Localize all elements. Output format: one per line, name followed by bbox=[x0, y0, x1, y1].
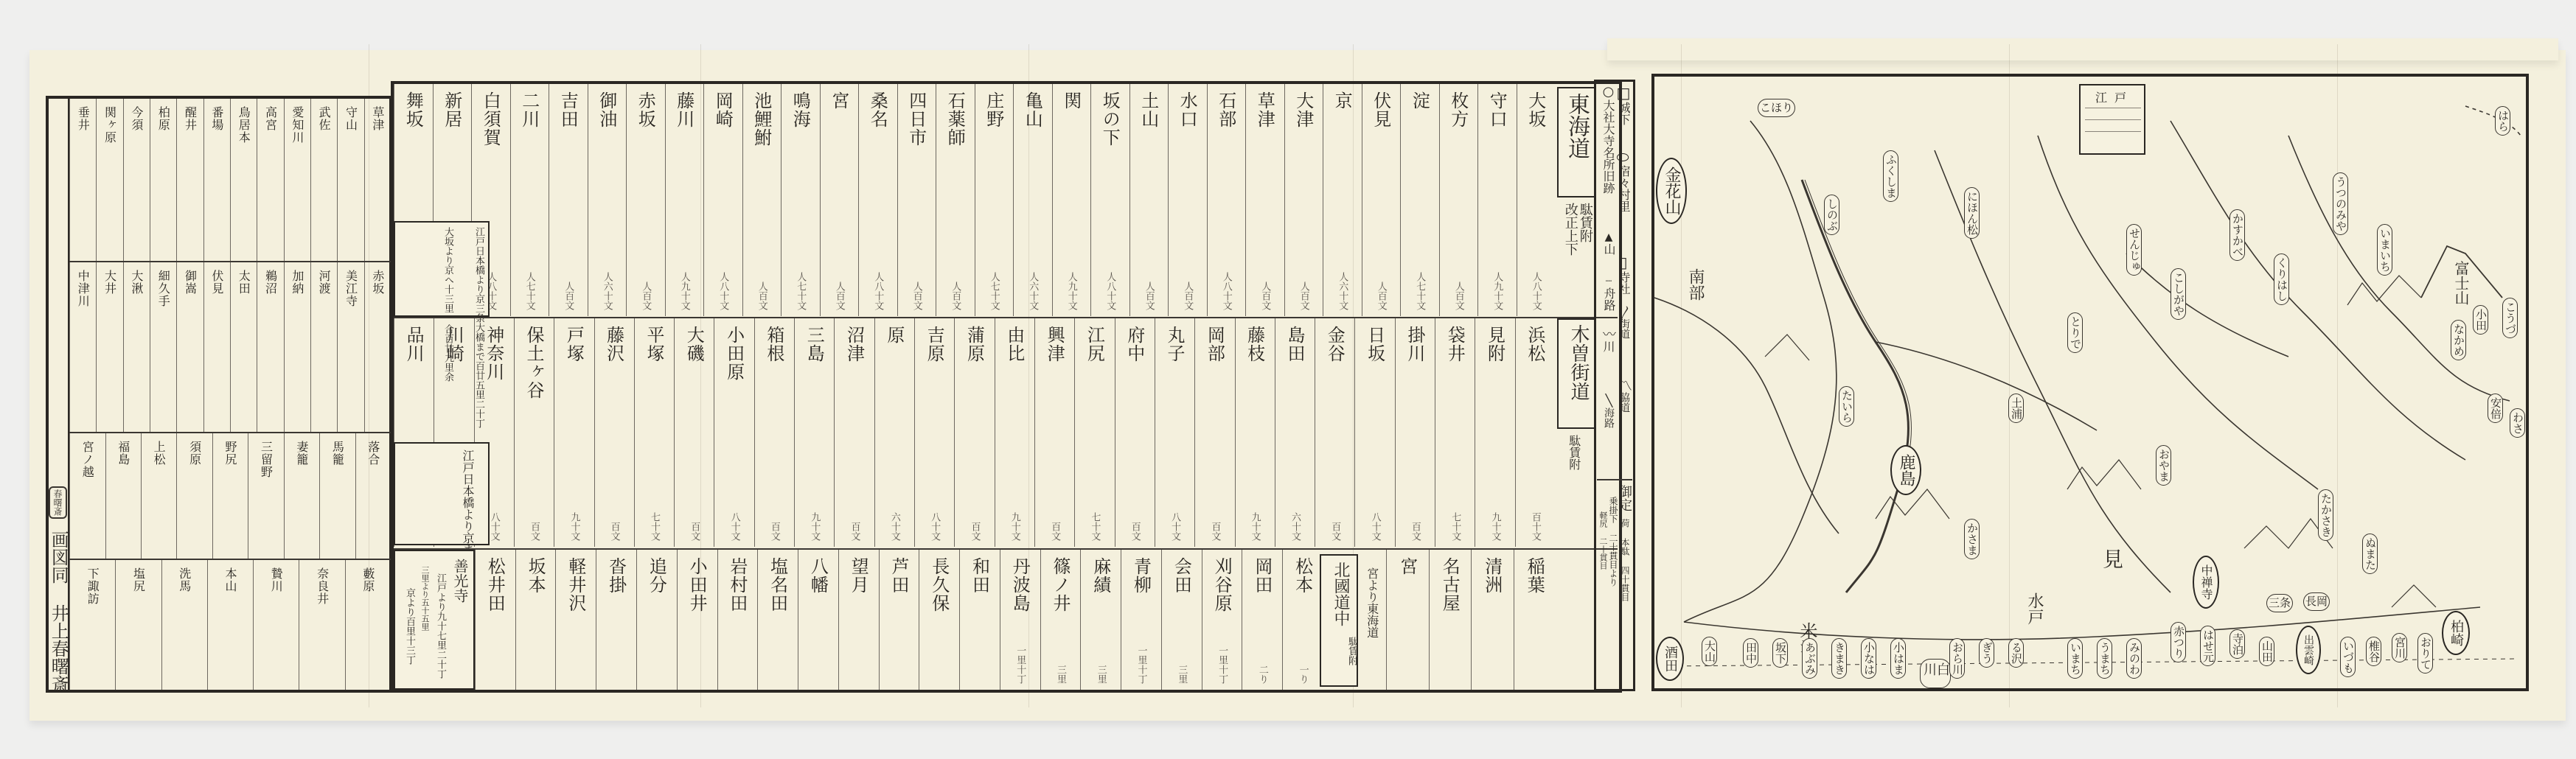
zenkoji-line: 京より百里十三丁 bbox=[404, 588, 414, 665]
zenkoji-line: 三里より五十五里 bbox=[420, 566, 429, 631]
fee-text: 八十文 bbox=[1371, 512, 1380, 541]
legend-item: 〳街道 bbox=[1617, 305, 1631, 339]
map-place-tsuchiura: 土浦 bbox=[2008, 394, 2024, 423]
fee-text: 人七十文 bbox=[989, 272, 999, 310]
station-name: 守口 bbox=[1484, 91, 1510, 128]
map-station: たいら bbox=[1839, 386, 1854, 427]
station-name: 金谷 bbox=[1322, 326, 1348, 363]
station-name: 水口 bbox=[1174, 91, 1200, 128]
post-station-symbol-icon: ⬭ bbox=[1615, 150, 1632, 165]
station-name: 藪原 bbox=[360, 567, 377, 592]
station-name: 丸子 bbox=[1162, 326, 1188, 363]
station-name: 武佐 bbox=[316, 106, 333, 131]
fee-text: 百文 bbox=[1130, 522, 1140, 541]
station-name: 八幡 bbox=[805, 557, 831, 594]
regulation-line: 荷 本駄 四十貫目 bbox=[1620, 519, 1629, 601]
regulation-title: 御定 bbox=[1617, 485, 1631, 511]
fee-text: 百文 bbox=[689, 522, 699, 541]
station-name: 品川 bbox=[401, 326, 427, 363]
tokaido-title: 東海道 bbox=[1565, 93, 1589, 159]
map-station: いまち bbox=[2067, 638, 2083, 679]
fee-text: 百文 bbox=[1330, 522, 1340, 541]
regulation-line: 乗掛下 二十貫目より bbox=[1608, 497, 1618, 587]
map-station: こしがや bbox=[2171, 268, 2186, 320]
station-name: 番場 bbox=[209, 106, 226, 131]
station-name: 大坂 bbox=[1523, 91, 1549, 128]
map-station: こうづ bbox=[2502, 298, 2518, 338]
kisokaido-middle-row: 浜松百十文 見附九十文 袋井七十文 掛川百文 日坂八十文 金谷百文 島田六十文 … bbox=[394, 318, 1555, 547]
fee-text: 六十文 bbox=[1290, 512, 1300, 541]
map-station: こほり bbox=[1758, 99, 1795, 117]
station-name: 関 bbox=[1059, 91, 1085, 110]
station-name: 日坂 bbox=[1362, 326, 1388, 363]
legend-label: 宿々村里 bbox=[1617, 165, 1631, 212]
legend-item: 〰川 bbox=[1601, 327, 1615, 352]
station-name: 吉田 bbox=[555, 91, 581, 128]
temple-symbol-icon: ▯ bbox=[1615, 253, 1632, 271]
boat-route-icon: ┈ bbox=[1603, 276, 1615, 287]
fee-text: 人九十文 bbox=[1067, 272, 1076, 310]
fee-text: 人八十文 bbox=[1222, 272, 1231, 310]
station-name: 河渡 bbox=[316, 270, 333, 295]
fee-text: 八十文 bbox=[930, 512, 939, 541]
kisokaido-title: 木曽街道 bbox=[1568, 324, 1588, 401]
map-station: はら bbox=[2495, 106, 2510, 136]
station-name: 加納 bbox=[289, 270, 306, 295]
publisher-seal: 春曙斎 bbox=[49, 486, 67, 519]
map-station: 坂下 bbox=[1772, 638, 1788, 668]
legend-label: 舟路 bbox=[1602, 287, 1616, 311]
map-station: 椎谷 bbox=[2366, 637, 2381, 666]
station-name: 追分 bbox=[644, 557, 669, 594]
station-name: 坂の下 bbox=[1097, 91, 1123, 147]
station-name: 赤坂 bbox=[369, 270, 386, 295]
station-name: 由比 bbox=[1002, 326, 1028, 363]
fee-text: 人七十文 bbox=[525, 272, 535, 310]
station-name: 望月 bbox=[846, 557, 871, 594]
map-station: せんじゅ bbox=[2126, 224, 2142, 276]
zenkoji-row: 松本一り 岡田二り 刈谷原一里十丁 会田三里 青柳一里十丁 麻績三里 篠ノ井三里… bbox=[475, 550, 1323, 690]
station-name: 伏見 bbox=[209, 270, 226, 295]
station-name: 松井田 bbox=[482, 557, 508, 612]
station-name: 興津 bbox=[1042, 326, 1068, 363]
map-place-kashiwazaki: 柏崎 bbox=[2442, 611, 2470, 655]
fee-text: 人七十文 bbox=[796, 272, 805, 310]
fee-text: 百文 bbox=[529, 522, 539, 541]
station-name: 大津 bbox=[1291, 91, 1317, 128]
station-name: 桑名 bbox=[865, 91, 891, 128]
station-name: 高宮 bbox=[262, 106, 279, 131]
fee-text: 九十文 bbox=[1250, 512, 1260, 541]
distance-text: 三里 bbox=[1177, 665, 1186, 684]
legend-label: 脇道 bbox=[1618, 392, 1630, 413]
station-name: 保土ヶ谷 bbox=[521, 326, 547, 399]
kiso-distance-note-box: 江戸日本橋より京まで百三十五里三十四丁 bbox=[394, 442, 490, 545]
castle-symbol-icon: □ bbox=[1615, 84, 1632, 102]
station-name: 鳴海 bbox=[787, 91, 813, 128]
station-name: 島田 bbox=[1282, 326, 1308, 363]
fee-text: 百十文 bbox=[1531, 512, 1540, 541]
station-name: 二川 bbox=[517, 91, 543, 128]
fee-text: 百文 bbox=[1210, 522, 1219, 541]
station-name: 青柳 bbox=[1129, 557, 1155, 594]
fee-text: 人七十文 bbox=[1415, 272, 1424, 310]
edo-distance-note-box: 江戸日本橋より京三条大橋まで百廿五里二十丁 大坂より京へ十三里 合百廿九里余 bbox=[394, 221, 490, 317]
fee-text: 人百文 bbox=[1454, 281, 1463, 310]
station-name: 芦田 bbox=[886, 557, 912, 594]
fee-text: 百文 bbox=[770, 522, 779, 541]
zenkoji-note-box: 善光寺 江戸より九十七里二十丁 三里より五十五里 京より百里十三丁 bbox=[394, 550, 475, 690]
map-station: 宮川 bbox=[2392, 633, 2407, 662]
station-name: 箱根 bbox=[762, 326, 787, 363]
left-table-mid: 赤坂 美江寺 河渡 加納 鵜沼 太田 伏見 御嵩 細久手 大湫 大井 中津川 bbox=[69, 262, 391, 432]
station-name: 福島 bbox=[115, 441, 132, 466]
map-station: しのぶ bbox=[1824, 195, 1839, 235]
fee-text: 人百文 bbox=[1260, 281, 1270, 310]
station-name: 稲葉 bbox=[1522, 557, 1548, 594]
map-station: いまいち bbox=[2377, 224, 2392, 276]
map-station: おら川 bbox=[1949, 638, 1965, 679]
tokaido-title-box: 東海道 bbox=[1557, 87, 1595, 197]
distance-text: 一里十丁 bbox=[1217, 646, 1227, 684]
legend-label: 街道 bbox=[1618, 318, 1630, 339]
map-station: はせ元 bbox=[2200, 626, 2215, 666]
station-name: 大湫 bbox=[128, 270, 145, 295]
distance-text: 一里十丁 bbox=[1137, 646, 1146, 684]
station-name: 坂本 bbox=[523, 557, 549, 594]
map-place-oyama: 大山 bbox=[1702, 637, 1717, 666]
station-name: 京 bbox=[1329, 91, 1355, 110]
map-station: 出雲崎 bbox=[2296, 626, 2321, 674]
legend-item: ┈舟路 bbox=[1602, 276, 1615, 311]
station-name: 中津川 bbox=[74, 270, 91, 307]
edo-inset-title: 江戸 bbox=[2095, 88, 2134, 105]
tokaido-subtitle: 駄賃附 bbox=[1578, 203, 1592, 242]
fee-text: 八十文 bbox=[730, 512, 739, 541]
map-station: 小なは bbox=[1861, 638, 1876, 679]
station-name: 細久手 bbox=[155, 270, 172, 307]
map-station: なかめ bbox=[2451, 320, 2466, 360]
fee-text: 人九十文 bbox=[680, 272, 689, 310]
station-name: 馬籠 bbox=[329, 441, 346, 466]
station-name: 袋井 bbox=[1442, 326, 1468, 363]
legend-item: ⬭宿々村里 bbox=[1615, 150, 1631, 212]
station-name: 丹波島 bbox=[1007, 557, 1033, 612]
station-name: 清洲 bbox=[1480, 557, 1505, 594]
distance-text: 二り bbox=[1258, 665, 1267, 684]
station-name: 美江寺 bbox=[343, 270, 360, 307]
divider bbox=[2085, 108, 2141, 108]
map-station: ふくしま bbox=[1883, 150, 1898, 202]
regulation-block: 御定 荷 本駄 四十貫目 乗掛下 二十貫目より 軽尻 二十貫目 bbox=[1597, 482, 1632, 688]
tokaido-subtitle: 改正上下 bbox=[1563, 203, 1577, 256]
station-name: 池鯉鮒 bbox=[749, 91, 775, 147]
map-place-chuzenji: 中禅寺 bbox=[2193, 556, 2219, 609]
legend-label: 大社大寺名所旧跡 bbox=[1601, 99, 1615, 194]
station-name: 鵜沼 bbox=[262, 270, 279, 295]
left-table-lower: 落合 馬籠 妻籠 三留野 野尻 須原 上松 福島 宮ノ越 bbox=[69, 433, 391, 559]
fee-text: 人百文 bbox=[835, 281, 844, 310]
station-name: 御油 bbox=[594, 91, 620, 128]
station-name: 平塚 bbox=[641, 326, 667, 363]
station-name: 浜松 bbox=[1522, 326, 1548, 363]
map-place-sanjo: 三条 bbox=[2266, 594, 2293, 612]
station-name: 妻籠 bbox=[293, 441, 310, 466]
fee-text: 人百文 bbox=[641, 281, 650, 310]
fee-text: 百文 bbox=[850, 522, 860, 541]
station-name: 奈良井 bbox=[314, 567, 331, 605]
tokaido-upper-row: 大坂人八十文 守口人九十文 枚方人百文 淀人七十文 伏見人百文 京人六十文 大津… bbox=[394, 84, 1555, 316]
station-name: 赤坂 bbox=[633, 91, 658, 128]
fee-text: 百文 bbox=[970, 522, 979, 541]
map-station: くりはし bbox=[2274, 253, 2289, 305]
map-place-sakata: 酒田 bbox=[1656, 637, 1684, 681]
fee-text: 人八十文 bbox=[1105, 272, 1115, 310]
station-name: 御嵩 bbox=[182, 270, 199, 295]
fee-text: 人六十文 bbox=[1028, 272, 1037, 310]
station-name: 長久保 bbox=[927, 557, 953, 612]
station-name: 三留野 bbox=[257, 441, 274, 478]
fee-text: 九十文 bbox=[1010, 512, 1020, 541]
highway-icon: 〳 bbox=[1617, 305, 1632, 318]
legend-item: ▯寺社 bbox=[1615, 253, 1631, 295]
fee-text: 人百文 bbox=[757, 281, 767, 310]
map-station: 田中 bbox=[1743, 638, 1758, 668]
map-station: 赤つり bbox=[2171, 622, 2186, 662]
left-table-bottom: 藪原 奈良井 贄川 本山 洗馬 塩尻 下諏訪 bbox=[69, 560, 391, 690]
map-place-kinkazan: 金花山 bbox=[1656, 158, 1687, 224]
station-name: 小田原 bbox=[722, 326, 748, 381]
fee-text: 百文 bbox=[1050, 522, 1059, 541]
station-name: 新居 bbox=[439, 91, 465, 128]
station-name: 軽井沢 bbox=[563, 557, 589, 612]
fee-text: 百文 bbox=[1410, 522, 1420, 541]
fee-text: 九十文 bbox=[810, 512, 819, 541]
divider bbox=[1597, 479, 1632, 480]
station-name: 鳥居本 bbox=[235, 106, 252, 144]
station-name: 本山 bbox=[222, 567, 239, 592]
station-name: 須原 bbox=[187, 441, 203, 466]
station-name: 落合 bbox=[365, 441, 382, 466]
station-name: 小田井 bbox=[684, 557, 710, 612]
legend-item: ╲海路 bbox=[1602, 394, 1615, 428]
station-name: 神奈川 bbox=[481, 326, 507, 381]
map-place-mito: 水戸 bbox=[2023, 592, 2046, 625]
map-station: にほん松 bbox=[1964, 187, 1980, 239]
station-name: 沓掛 bbox=[604, 557, 630, 594]
station-name: 大磯 bbox=[681, 326, 707, 363]
divider bbox=[2085, 131, 2141, 132]
hokkoku-subtitle: 駄賃附 bbox=[1346, 637, 1357, 665]
fee-text: 人百文 bbox=[563, 281, 573, 310]
edo-inset: 江戸 bbox=[2079, 84, 2145, 155]
station-name: 岡崎 bbox=[710, 91, 736, 128]
fee-text: 六十文 bbox=[890, 512, 899, 541]
zenkoji-title: 善光寺 bbox=[452, 559, 467, 603]
map-linework bbox=[1654, 77, 2526, 688]
hokkoku-row: 稲葉 清洲 名古屋 宮 bbox=[1386, 550, 1556, 690]
station-name: 淀 bbox=[1407, 91, 1433, 110]
station-name: 原 bbox=[882, 326, 908, 344]
map-station: 寺泊 bbox=[2229, 629, 2245, 659]
hokkoku-title-box: 北國道中 駄賃附 bbox=[1320, 554, 1358, 687]
station-name: 岡田 bbox=[1250, 557, 1275, 594]
map-station: 安倍 bbox=[2488, 394, 2503, 423]
fee-text: 九十文 bbox=[1491, 512, 1500, 541]
legend-label: 山 bbox=[1602, 243, 1616, 255]
station-name: 守山 bbox=[343, 106, 360, 131]
map-place-shirakawa: 白川 bbox=[1920, 659, 1951, 688]
station-name: 岩村田 bbox=[725, 557, 751, 612]
station-name: 三島 bbox=[801, 326, 827, 363]
route-map-canvas: 江戸 金花山 南部 鹿島 土浦 水戸 白川 米沢 酒田 大山 長岡 三条 柏崎 … bbox=[1654, 77, 2526, 688]
station-name: 下諏訪 bbox=[84, 567, 101, 605]
fee-text: 人百文 bbox=[1299, 281, 1309, 310]
map-station: きまき bbox=[1831, 638, 1847, 679]
map-station: おりて bbox=[2417, 633, 2433, 674]
divider bbox=[2085, 119, 2141, 120]
station-name: 四日市 bbox=[904, 91, 930, 147]
map-station: みのわ bbox=[2126, 638, 2142, 679]
station-name: 宮 bbox=[1395, 557, 1421, 576]
station-name: 関ヶ原 bbox=[102, 106, 119, 144]
zenkoji-line: 江戸より九十七里二十丁 bbox=[435, 573, 445, 679]
fee-text: 人六十文 bbox=[602, 272, 612, 310]
station-name: 篠ノ井 bbox=[1048, 557, 1073, 612]
distance-text: 三里 bbox=[1056, 665, 1065, 684]
fee-text: 八十文 bbox=[1170, 512, 1180, 541]
legend-item: 〽脇道 bbox=[1617, 379, 1631, 413]
fee-text: 人八十文 bbox=[873, 272, 883, 310]
map-station: とりで bbox=[2067, 312, 2083, 353]
kisokaido-subtitle: 駄賃附 bbox=[1567, 435, 1580, 470]
map-station: うまち bbox=[2097, 638, 2112, 679]
artist-signature: 画図同 井上春曙斎 bbox=[49, 531, 67, 693]
station-name: 醒井 bbox=[182, 106, 199, 131]
station-name: 垂井 bbox=[74, 106, 91, 131]
station-name: 洗馬 bbox=[176, 567, 193, 592]
kisokaido-title-box: 木曽街道 bbox=[1557, 318, 1595, 429]
legend-label: 海路 bbox=[1603, 408, 1615, 428]
station-name: 和田 bbox=[967, 557, 992, 594]
map-place-mi: 見 bbox=[2097, 548, 2126, 569]
station-name: 藤枝 bbox=[1242, 326, 1268, 363]
station-name: 府中 bbox=[1122, 326, 1148, 363]
map-station: いづも bbox=[2340, 637, 2356, 677]
map-place-fuji: 富士山 bbox=[2451, 261, 2472, 305]
shrine-circle-icon: ○ bbox=[1601, 84, 1616, 99]
station-name: 愛知川 bbox=[289, 106, 306, 144]
map-station: うつのみや bbox=[2333, 172, 2348, 235]
fee-text: 七十文 bbox=[1090, 512, 1099, 541]
station-name: 上松 bbox=[150, 441, 167, 466]
station-name: 見附 bbox=[1483, 326, 1508, 363]
map-station: おやま bbox=[2156, 445, 2171, 486]
station-name: 藤川 bbox=[672, 91, 697, 128]
river-icon: 〰 bbox=[1601, 327, 1616, 340]
station-name: 蒲原 bbox=[961, 326, 987, 363]
station-name: 草津 bbox=[369, 106, 386, 131]
fee-text: 人九十文 bbox=[1492, 272, 1502, 310]
station-name: 今須 bbox=[128, 106, 145, 131]
distance-text: 一里十丁 bbox=[1015, 646, 1025, 684]
station-name: 会田 bbox=[1169, 557, 1194, 594]
station-name: 掛川 bbox=[1402, 326, 1428, 363]
distance-text: 一り bbox=[1298, 665, 1308, 684]
map-place-kashima: 鹿島 bbox=[1890, 445, 1921, 495]
fee-text: 九十文 bbox=[569, 512, 579, 541]
fee-text: 人八十文 bbox=[1531, 272, 1541, 310]
station-name: 伏見 bbox=[1368, 91, 1394, 128]
station-name: 宮 bbox=[826, 91, 852, 110]
fee-text: 人八十文 bbox=[718, 272, 728, 310]
station-name: 亀山 bbox=[1020, 91, 1045, 128]
station-name: 庄野 bbox=[981, 91, 1007, 128]
side-road-icon: 〽 bbox=[1617, 379, 1632, 392]
station-name: 松本 bbox=[1290, 557, 1316, 594]
station-name: 野尻 bbox=[222, 441, 239, 466]
station-name: 名古屋 bbox=[1437, 557, 1463, 612]
station-name: 大井 bbox=[102, 270, 119, 295]
hokkoku-note: 宮より東海道 bbox=[1365, 567, 1378, 638]
map-station: たかさき bbox=[2318, 489, 2333, 541]
map-station: 小田 bbox=[2473, 305, 2488, 335]
station-name: 麻績 bbox=[1088, 557, 1114, 594]
station-name: 土山 bbox=[1136, 91, 1162, 128]
map-station: わさ bbox=[2510, 408, 2525, 438]
station-name: 刈谷原 bbox=[1209, 557, 1235, 612]
hokkoku-title: 北國道中 bbox=[1332, 562, 1349, 626]
distance-text: 三里 bbox=[1096, 665, 1106, 684]
station-name: 枚方 bbox=[1446, 91, 1472, 128]
station-name: 江尻 bbox=[1082, 326, 1107, 363]
station-name: 宮ノ越 bbox=[79, 441, 96, 478]
station-name: 戸塚 bbox=[561, 326, 587, 363]
map-station: 山田 bbox=[2259, 637, 2274, 666]
legend-items: □城下 ⬭宿々村里 ▯寺社 ○大社大寺名所旧跡 ▲山 ┈舟路 〰川 〳街道 〽脇… bbox=[1597, 84, 1632, 467]
regulation-line: 軽尻 二十貫目 bbox=[1598, 511, 1607, 570]
station-name: 沼津 bbox=[842, 326, 868, 363]
station-name: 塩名田 bbox=[765, 557, 791, 612]
legend-label: 川 bbox=[1601, 340, 1615, 352]
map-station: かすかべ bbox=[2229, 209, 2245, 261]
map-station: 小はま bbox=[1890, 638, 1906, 679]
legend-label: 城下 bbox=[1617, 102, 1631, 125]
fee-text: 人百文 bbox=[1376, 281, 1386, 310]
fee-text: 人百文 bbox=[912, 281, 922, 310]
station-name: 舞坂 bbox=[400, 91, 426, 128]
fee-text: 人百文 bbox=[1183, 281, 1192, 310]
fee-text: 百文 bbox=[610, 522, 619, 541]
station-name: 岡部 bbox=[1202, 326, 1228, 363]
station-name: 塩尻 bbox=[130, 567, 147, 592]
station-name: 草津 bbox=[1252, 91, 1278, 128]
map-station: る沢 bbox=[2008, 638, 2024, 668]
fee-text: 八十文 bbox=[490, 512, 499, 541]
map-station: ぎう bbox=[1979, 638, 1994, 668]
fee-text: 七十文 bbox=[1450, 512, 1460, 541]
station-name: 太田 bbox=[235, 270, 252, 295]
sea-route-icon: ╲ bbox=[1602, 394, 1616, 408]
station-name: 吉原 bbox=[922, 326, 947, 363]
map-station: ぬまた bbox=[2362, 534, 2378, 574]
fee-text: 人六十文 bbox=[1337, 272, 1347, 310]
station-name: 白須賀 bbox=[478, 91, 504, 147]
map-place-nanbu: 南部 bbox=[1684, 268, 1707, 301]
legend-item: ▲山 bbox=[1602, 231, 1615, 255]
legend-label: 寺社 bbox=[1617, 271, 1631, 295]
legend-item: ○大社大寺名所旧跡 bbox=[1601, 84, 1615, 194]
